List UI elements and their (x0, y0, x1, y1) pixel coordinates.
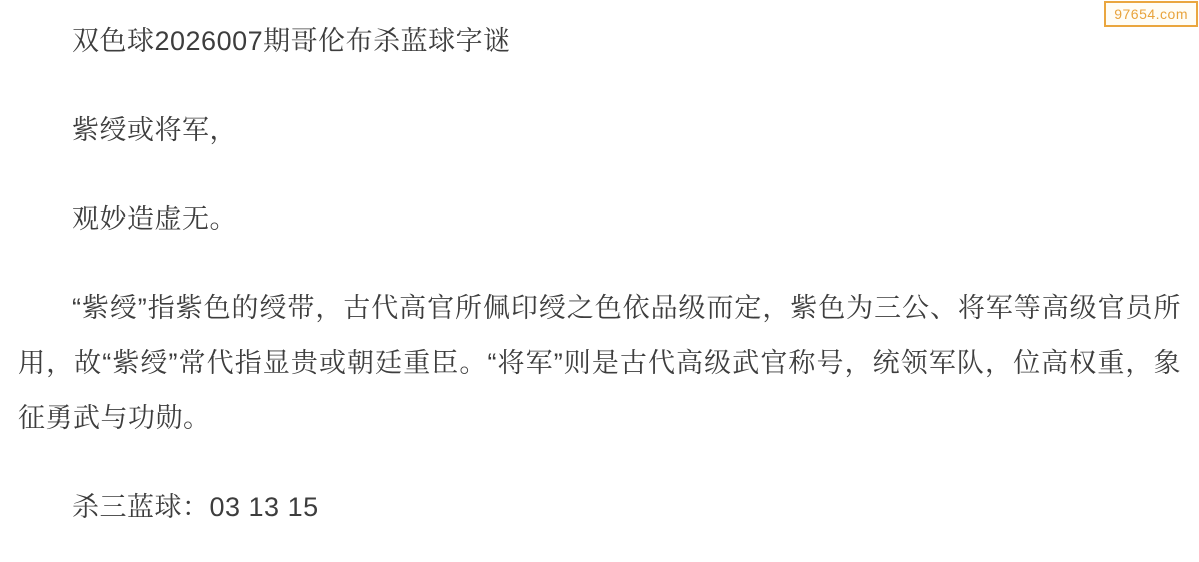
explanation-paragraph: “紫绶”指紫色的绶带，古代高官所佩印绶之色依品级而定，紫色为三公、将军等高级官员… (18, 281, 1181, 446)
article-page: 97654.com 双色球2026007期哥伦布杀蓝球字谜 紫绶或将军， 观妙造… (0, 0, 1199, 562)
kill-blue-result: 杀三蓝球：03 13 15 (18, 480, 1181, 535)
article: 双色球2026007期哥伦布杀蓝球字谜 紫绶或将军， 观妙造虚无。 “紫绶”指紫… (0, 0, 1199, 535)
riddle-line-2: 观妙造虚无。 (18, 192, 1181, 247)
page-title: 双色球2026007期哥伦布杀蓝球字谜 (18, 14, 1181, 69)
site-watermark: 97654.com (1104, 1, 1198, 27)
riddle-line-1: 紫绶或将军， (18, 103, 1181, 158)
